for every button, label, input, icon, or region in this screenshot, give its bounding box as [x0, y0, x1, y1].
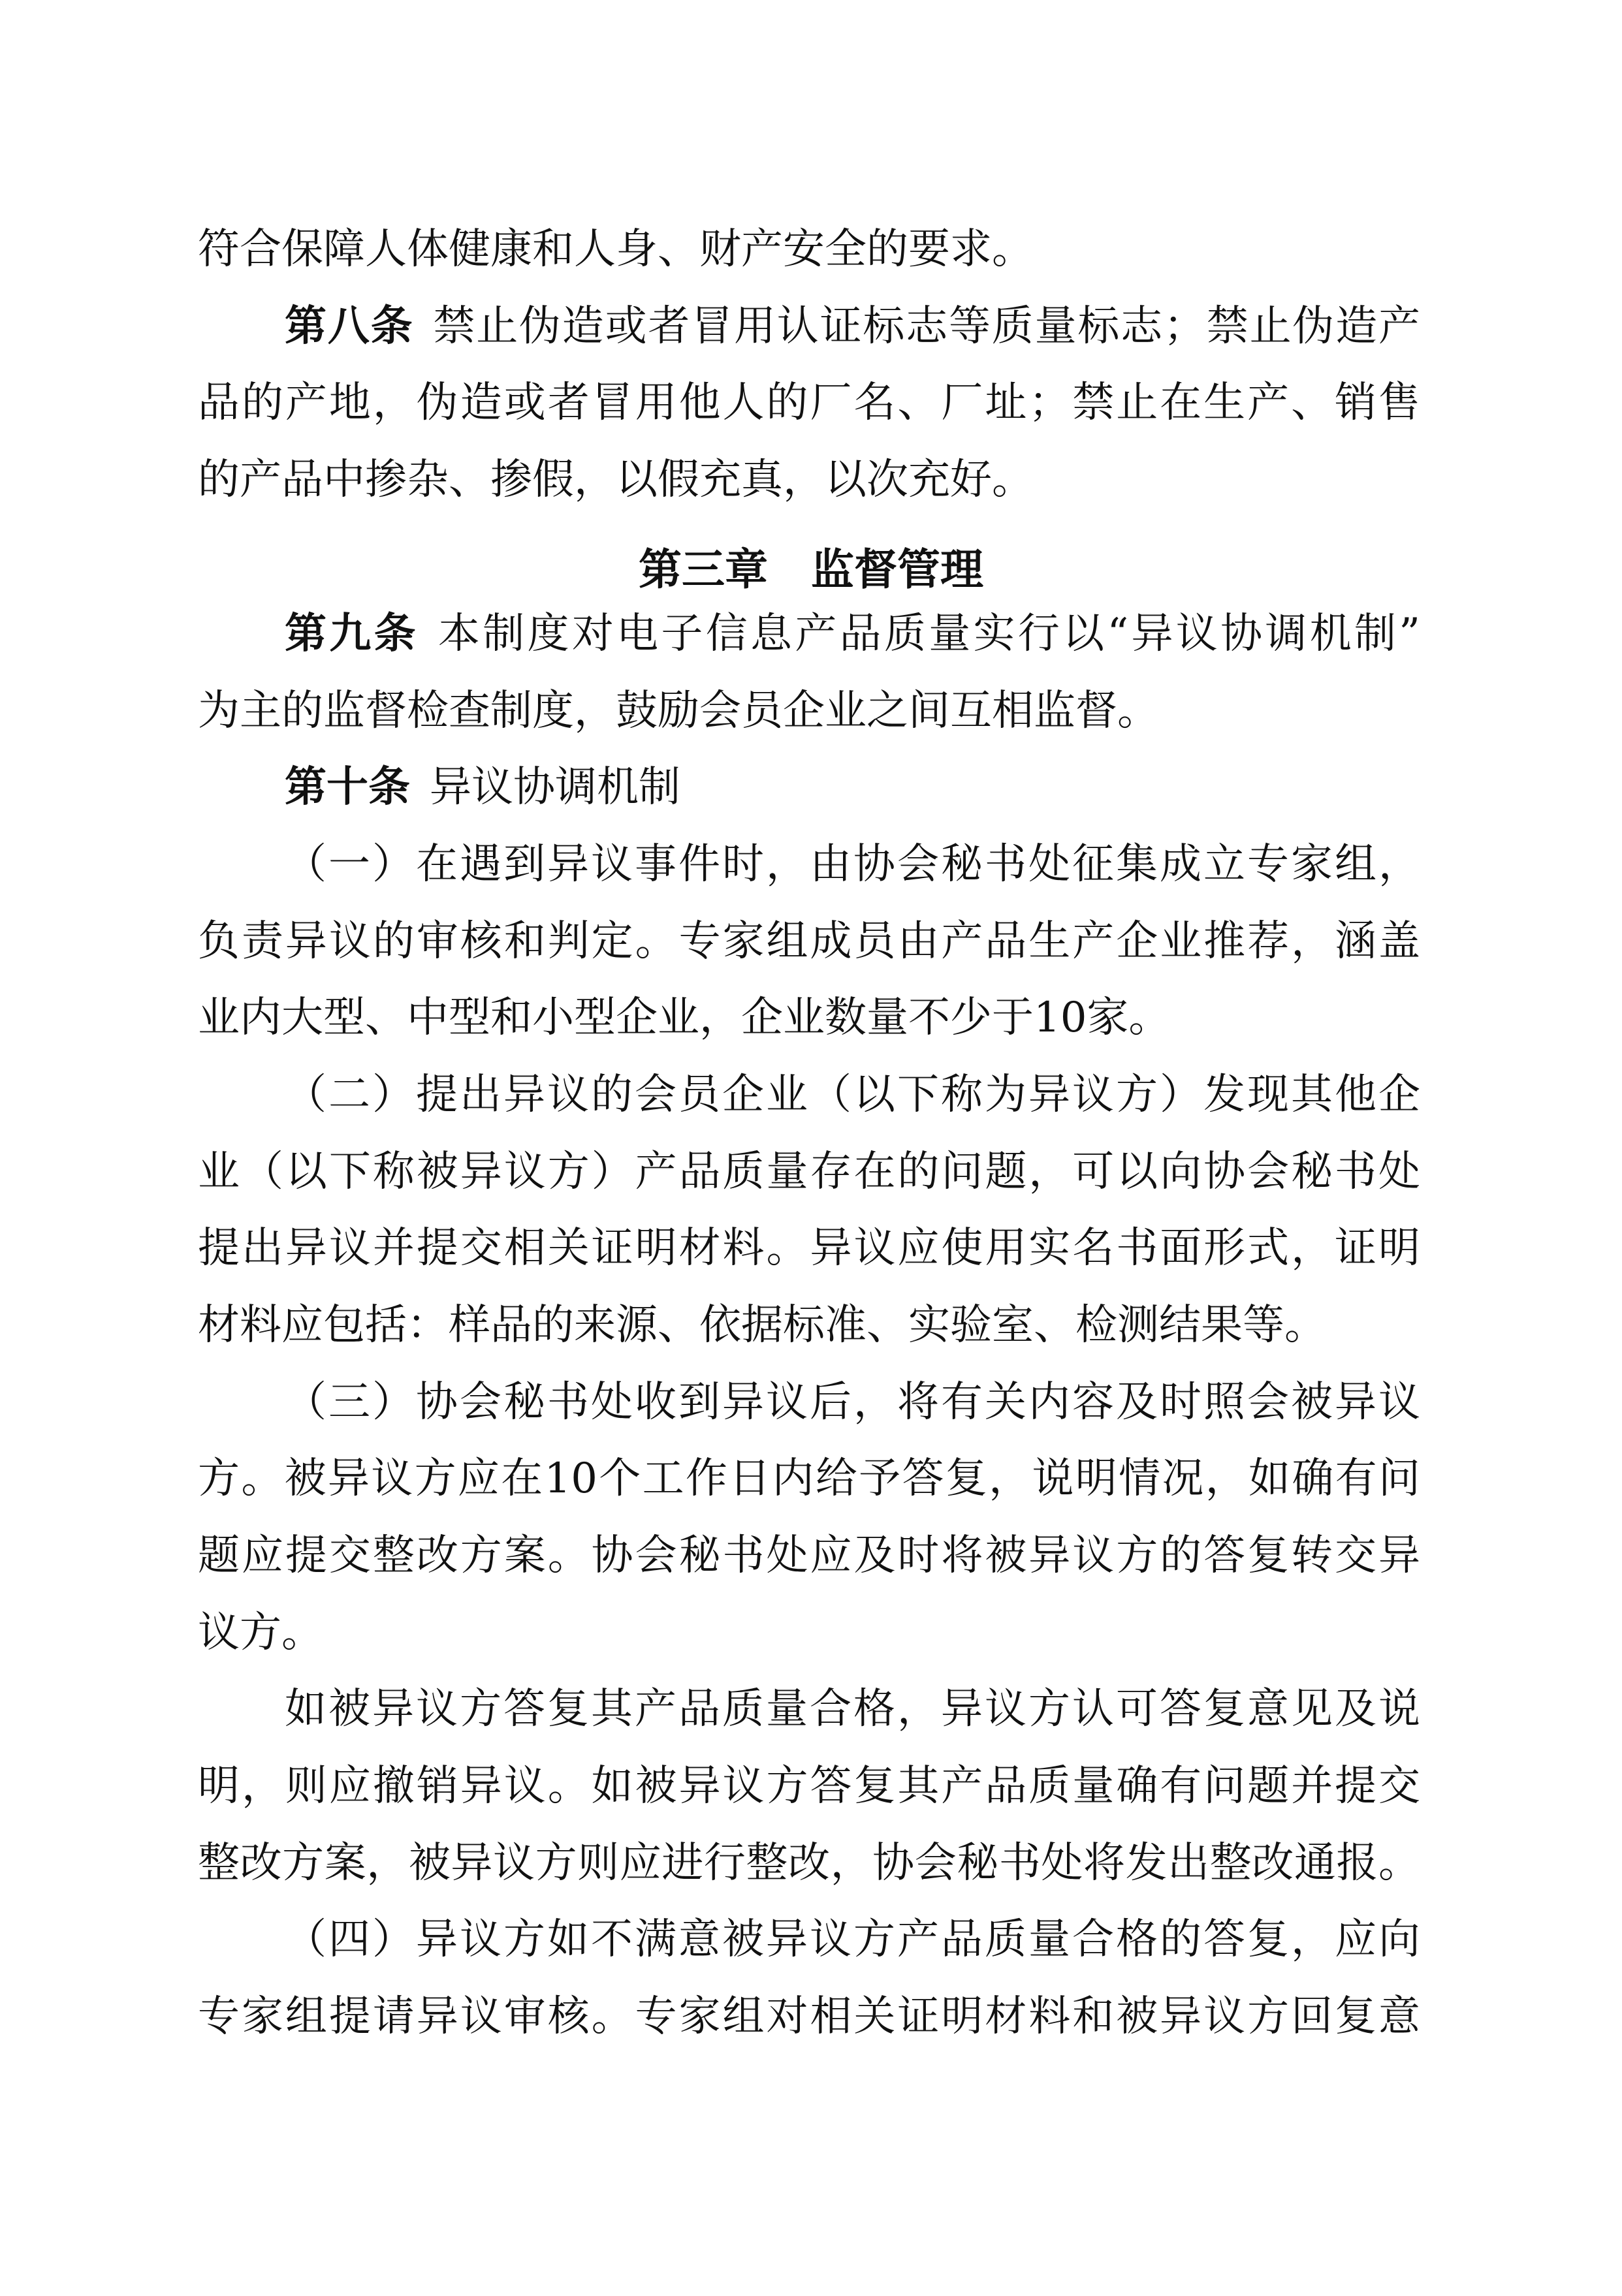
article-label: 第八条 — [285, 302, 413, 351]
paragraph-line: 符合保障人体健康和人身、财产安全的要求。 — [198, 211, 1420, 288]
line-text: 专家组提请异议审核。专家组对相关证明材料和被异议方回复意 — [198, 1992, 1420, 2041]
paragraph-line: 提出异议并提交相关证明材料。异议应使用实名书面形式，证明 — [198, 1210, 1420, 1287]
line-text: （三）协会秘书处收到异议后，将有关内容及时照会被异议 — [285, 1378, 1420, 1426]
line-text: 议方。 — [198, 1609, 323, 1657]
line-text: 品的产地，伪造或者冒用他人的厂名、厂址；禁止在生产、销售 — [198, 379, 1420, 427]
line-text: 整改方案，被异议方则应进行整改，协会秘书处将发出整改通报。 — [198, 1839, 1420, 1887]
line-text: 如被异议方答复其产品质量合格，异议方认可答复意见及说 — [285, 1685, 1420, 1733]
line-text: 业内大型、中型和小型企业，企业数量不少于10家。 — [198, 994, 1170, 1042]
line-text: 方。被异议方应在10个工作日内给予答复，说明情况，如确有问 — [198, 1455, 1420, 1503]
document-page: 符合保障人体健康和人身、财产安全的要求。 第八条禁止伪造或者冒用认证标志等质量标… — [0, 0, 1622, 2296]
line-text: （一）在遇到异议事件时，由协会秘书处征集成立专家组， — [285, 840, 1420, 889]
article-label: 第十条 — [285, 763, 410, 811]
paragraph-line: 业内大型、中型和小型企业，企业数量不少于10家。 — [198, 979, 1420, 1056]
paragraph-line: 议方。 — [198, 1594, 1420, 1671]
article-label: 第九条 — [285, 610, 419, 658]
clause-1-line: （一）在遇到异议事件时，由协会秘书处征集成立专家组， — [198, 826, 1420, 903]
line-text: 符合保障人体健康和人身、财产安全的要求。 — [198, 225, 1034, 274]
paragraph-line: 专家组提请异议审核。专家组对相关证明材料和被异议方回复意 — [198, 1978, 1420, 2055]
line-text: 为主的监督检查制度，鼓励会员企业之间互相监督。 — [198, 687, 1159, 735]
line-text: 提出异议并提交相关证明材料。异议应使用实名书面形式，证明 — [198, 1224, 1420, 1272]
paragraph-line: 为主的监督检查制度，鼓励会员企业之间互相监督。 — [198, 672, 1420, 749]
paragraph-line: 题应提交整改方案。协会秘书处应及时将被异议方的答复转交异 — [198, 1517, 1420, 1594]
paragraph-line: 品的产地，伪造或者冒用他人的厂名、厂址；禁止在生产、销售 — [198, 364, 1420, 441]
paragraph-line: 材料应包括：样品的来源、依据标准、实验室、检测结果等。 — [198, 1287, 1420, 1364]
article-8-line: 第八条禁止伪造或者冒用认证标志等质量标志；禁止伪造产 — [198, 288, 1420, 365]
line-text: 明，则应撤销异议。如被异议方答复其产品质量确有问题并提交 — [198, 1762, 1420, 1810]
line-text: （二）提出异议的会员企业（以下称为异议方）发现其他企 — [285, 1071, 1420, 1119]
line-text: 异议协调机制 — [430, 763, 680, 811]
article-9-line: 第九条本制度对电子信息产品质量实行以“异议协调机制” — [198, 595, 1420, 672]
line-text: 业（以下称被异议方）产品质量存在的问题，可以向协会秘书处 — [198, 1148, 1420, 1196]
paragraph-line: 方。被异议方应在10个工作日内给予答复，说明情况，如确有问 — [198, 1440, 1420, 1517]
paragraph-line: 如被异议方答复其产品质量合格，异议方认可答复意见及说 — [198, 1671, 1420, 1748]
paragraph-line: 的产品中掺杂、掺假，以假充真，以次充好。 — [198, 441, 1420, 518]
line-text: （四）异议方如不满意被异议方产品质量合格的答复，应向 — [285, 1915, 1420, 1964]
line-text: 材料应包括：样品的来源、依据标准、实验室、检测结果等。 — [198, 1301, 1326, 1349]
line-text: 负责异议的审核和判定。专家组成员由产品生产企业推荐，涵盖 — [198, 917, 1420, 966]
clause-3-line: （三）协会秘书处收到异议后，将有关内容及时照会被异议 — [198, 1364, 1420, 1441]
paragraph-line: 业（以下称被异议方）产品质量存在的问题，可以向协会秘书处 — [198, 1133, 1420, 1210]
paragraph-line: 负责异议的审核和判定。专家组成员由产品生产企业推荐，涵盖 — [198, 903, 1420, 980]
line-text: 题应提交整改方案。协会秘书处应及时将被异议方的答复转交异 — [198, 1532, 1420, 1580]
line-text: 的产品中掺杂、掺假，以假充真，以次充好。 — [198, 456, 1034, 504]
clause-2-line: （二）提出异议的会员企业（以下称为异议方）发现其他企 — [198, 1056, 1420, 1133]
article-10-line: 第十条异议协调机制 — [198, 749, 1420, 826]
paragraph-line: 整改方案，被异议方则应进行整改，协会秘书处将发出整改通报。 — [198, 1825, 1420, 1902]
clause-4-line: （四）异议方如不满意被异议方产品质量合格的答复，应向 — [198, 1901, 1420, 1978]
line-text: 本制度对电子信息产品质量实行以“异议协调机制” — [438, 610, 1420, 658]
line-text: 禁止伪造或者冒用认证标志等质量标志；禁止伪造产 — [433, 302, 1420, 351]
paragraph-line: 明，则应撤销异议。如被异议方答复其产品质量确有问题并提交 — [198, 1748, 1420, 1825]
